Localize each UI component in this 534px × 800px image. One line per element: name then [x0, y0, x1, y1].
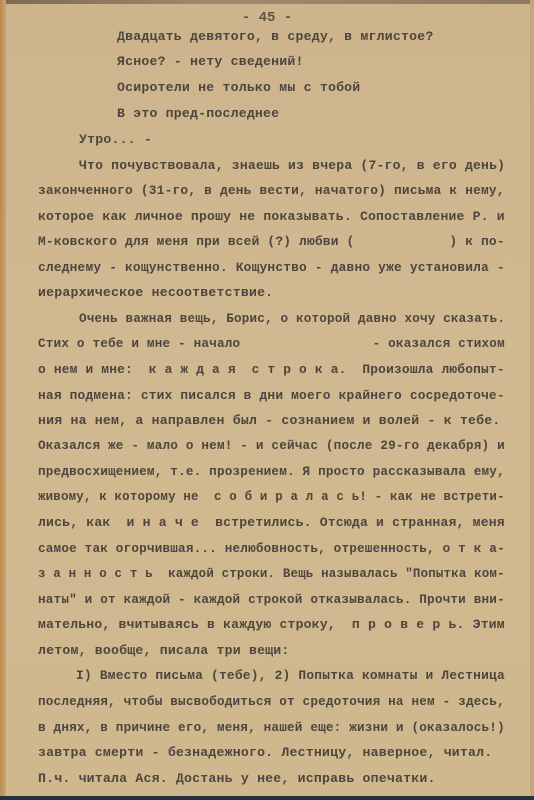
text-line: иерархическое несоответствие. [38, 285, 273, 300]
page-binding-edge [0, 0, 6, 796]
text-line: Что почувствовала, знаешь из вчера (7-го… [79, 158, 505, 173]
text-line: Осиротели не только мы с тобой [117, 80, 360, 95]
text-line: М-ковского для меня при всей (?) любви (… [38, 234, 505, 249]
text-line: з а н н о с т ь каждой строки. Вещь назы… [38, 566, 505, 581]
text-line: о нем и мне: к а ж д а я с т р о к а. Пр… [38, 362, 505, 377]
page-top-edge [0, 0, 534, 4]
text-line: живому, к которому не с о б и р а л а с … [38, 489, 505, 504]
text-line: мательно, вчитываясь в каждую строку, п … [38, 617, 505, 632]
page-right-edge [530, 0, 534, 796]
text-line: Оказался же - мало о нем! - и сейчас (по… [38, 438, 505, 453]
text-line: Стих о тебе и мне - начало - оказался ст… [38, 336, 505, 351]
scanner-background [0, 796, 534, 800]
text-line: лись, как и н а ч е встретились. Отсюда … [38, 515, 505, 530]
text-line: завтра смерти - безнадежного. Лестницу, … [38, 745, 492, 760]
text-line: предвосхищением, т.е. прозрением. Я прос… [38, 464, 505, 479]
text-line: в днях, в причине его, меня, нашей еще: … [38, 720, 505, 735]
text-line: ная подмена: стих писался в дни моего кр… [38, 388, 505, 403]
text-line: наты" и от каждой - каждой строкой отказ… [38, 592, 505, 607]
text-line: следнему - кощунственно. Кощунство - дав… [38, 260, 505, 275]
document-page: - 45 - Двадцать девятого, в среду, в мгл… [0, 0, 534, 796]
text-line: В это пред-последнее [117, 106, 279, 121]
text-line: последняя, чтобы высвободиться от средот… [38, 694, 505, 709]
text-line: законченного (31-го, в день вести, начат… [38, 183, 505, 198]
text-line: летом, вообще, писала три вещи: [38, 643, 290, 658]
text-line: Очень важная вещь, Борис, о которой давн… [79, 311, 505, 326]
text-line: самое так огорчившая... нелюбовность, от… [38, 541, 505, 556]
text-line: Утро... - [79, 132, 152, 147]
text-line: ния на нем, а направлен был - сознанием … [38, 413, 501, 428]
text-line: которое как личное прошу не показывать. … [38, 209, 505, 224]
page-number: - 45 - [0, 10, 534, 26]
text-line: I) Вместо письма (тебе), 2) Попытка комн… [76, 668, 505, 683]
text-line: Двадцать девятого, в среду, в мглистое? [117, 29, 433, 44]
text-line: Ясное? - нету сведений! [117, 54, 304, 69]
text-line: П.ч. читала Ася. Достань у нее, исправь … [38, 771, 436, 786]
